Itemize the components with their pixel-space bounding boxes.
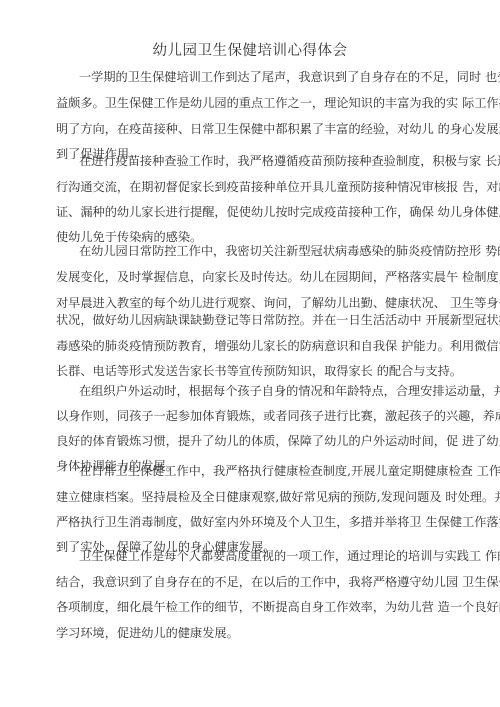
text-line: 在幼儿园日常防控工作中，我密切关注新型冠状病毒感染的肺炎疫情防控形 势的 — [79, 244, 446, 258]
text-line: 良好的体育锻炼习惯，提升了幼儿的体质，保障了幼儿的户外运动时间，促 进了幼儿 — [56, 434, 446, 448]
text-line: 发展变化，及时掌握信息，向家长及时传达。幼儿在园期间，严格落实晨午 检制度， — [56, 270, 446, 284]
text-line: 对早晨进入教室的每个幼儿进行观察、询问，了解幼儿出勤、健康状况、 卫生等身体 — [56, 296, 446, 310]
text-line: 建立健康档案。坚持晨检及全日健康观察,做好常见病的预防,发现问题及 时处理。并 — [56, 490, 446, 504]
text-line: 证、漏种的幼儿家长进行提醒，促使幼儿按时完成疫苗接种工作，确保 幼儿身体健康， — [56, 205, 446, 219]
document-page: 幼儿园卫生保健培训心得体会 一学期的卫生保健培训工作到达了尾声，我意识到了自身存… — [0, 0, 500, 707]
text-line: 以身作则，同孩子一起参加体育锻炼，或者同孩子进行比赛，激起孩子的兴趣，养成 — [56, 409, 446, 423]
text-line: 卫生保健工作是每个人都要高度重视的一项工作，通过理论的培训与实践工 作的 — [79, 549, 446, 563]
text-line: 状况，做好幼儿因病缺课缺勤登记等日常防控。并在一日生活活动中 开展新型冠状病 — [56, 313, 446, 327]
text-line: 行沟通交流，在期初督促家长到疫苗接种单位开具儿童预防接种情况审核报 告，对缺 — [56, 180, 446, 194]
text-line: 毒感染的肺炎疫情预防教育，增强幼儿家长的防病意识和自我保 护能力。利用微信家 — [56, 339, 446, 353]
text-line: 在进行疫苗接种查验工作时，我严格遵循疫苗预防接种查验制度，积极与家 长进 — [79, 154, 446, 168]
text-line: 结合，我意识到了自身存在的不足，在以后的工作中，我将严格遵守幼儿园 卫生保健 — [56, 575, 446, 589]
text-line: 学习环境，促进幼儿的健康发展。 — [56, 626, 446, 640]
text-line: 一学期的卫生保健培训工作到达了尾声，我意识到了自身存在的不足，同时 也受 — [79, 70, 446, 84]
text-line: 各项制度，细化晨午检工作的细节，不断提高自身工作效率，为幼儿营 造一个良好的 — [56, 600, 446, 614]
text-line: 益颇多。卫生保健工作是幼儿园的重点工作之一，理论知识的丰富为我的实 际工作指 — [56, 96, 446, 110]
text-line: 严格执行卫生消毒制度，做好室内外环境及个人卫生，多措并举将卫 生保健工作落实 — [56, 515, 446, 529]
text-line: 明了方向，在疫苗接种、日常卫生保健中都积累了丰富的经验，对幼儿 的身心发展起 — [56, 122, 446, 136]
text-line: 在组织户外运动时，根据每个孩子自身的情况和年龄特点，合理安排运动量，并 — [79, 384, 446, 398]
document-title: 幼儿园卫生保健培训心得体会 — [0, 39, 500, 60]
text-line: 在日常卫生保健工作中，我严格执行健康检查制度,开展儿童定期健康检查 工作, — [79, 464, 446, 478]
text-line: 使幼儿免于传染病的感染。 — [56, 230, 446, 244]
text-line: 长群、电话等形式发送告家长书等宣传预防知识，取得家长 的配合与支持。 — [56, 364, 446, 378]
